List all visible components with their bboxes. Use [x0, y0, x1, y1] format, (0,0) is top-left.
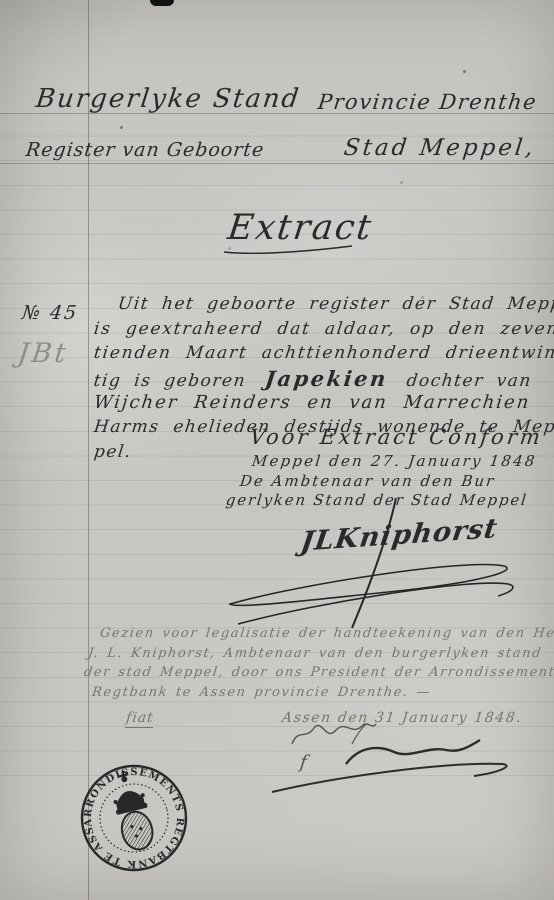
- court-stamp: ARRONDISSEMENTS REGTBANK TE ASSEN ✦: [74, 756, 194, 880]
- body-line-2: is geextraheerd dat aldaar, op den zeven: [93, 319, 554, 339]
- official-signature: JLKniphorst: [299, 513, 500, 557]
- document-scan: Burgerlyke Stand Provincie Drenthe Regis…: [0, 0, 554, 900]
- closing-line-4: gerlyken Stand der Stad Meppel: [225, 491, 529, 509]
- body-line-4: tig is geboren Japekien dochter van: [92, 366, 533, 391]
- stamp-inner-ring: [93, 777, 175, 859]
- clerk-signature: [292, 724, 376, 744]
- body-line-7: pel.: [93, 442, 133, 462]
- body-line-5: Wijcher Reinders en van Marrechien: [93, 392, 532, 413]
- legalization-date: Assen den 31 January 1848.: [281, 710, 523, 726]
- header-left-line1: Burgerlyke Stand: [34, 84, 302, 114]
- crown-icon: [107, 768, 148, 816]
- header-right-line1: Provincie Drenthe: [317, 90, 539, 114]
- margin-rule: [88, 0, 89, 900]
- closing-line-1: Voor Extract Conform: [249, 425, 545, 449]
- body-line-1: Uit het geboorte register der Stad Meppe…: [117, 294, 554, 314]
- header-right-line2: Stad Meppel,: [342, 135, 537, 161]
- closing-line-3: De Ambtenaar van den Bur: [239, 472, 497, 490]
- stamp-group: ARRONDISSEMENTS REGTBANK TE ASSEN ✦: [74, 756, 194, 880]
- legalization-line-1: Gezien voor legalisatie der handteekenin…: [99, 626, 554, 641]
- body-line-4-post: dochter van: [405, 371, 533, 391]
- child-name: Japekien: [258, 366, 396, 391]
- margin-annotation: JBt: [16, 338, 70, 369]
- legalization-line-2: J. L. Kniphorst, Ambtenaar van den burge…: [87, 646, 543, 661]
- scan-edge-mark: [150, 0, 174, 6]
- paraph-mark: f: [299, 752, 308, 773]
- act-number: № 45: [21, 302, 80, 324]
- signature-descender: [352, 498, 396, 628]
- stamp-ring-text: ARRONDISSEMENTS REGTBANK TE ASSEN ✦: [74, 756, 194, 880]
- signature-flourish: [230, 565, 507, 606]
- paper-speck: [400, 181, 403, 184]
- paper-speck: [120, 126, 123, 129]
- shield-icon: [118, 809, 156, 853]
- header-rule-2: [0, 163, 554, 164]
- header-left-line2: Register van Geboorte: [25, 139, 266, 161]
- president-signature-underline: [272, 764, 507, 792]
- stamp-outer-ring: [74, 756, 194, 880]
- document-title: Extract: [226, 208, 376, 248]
- signature-flourish: [238, 583, 513, 624]
- closing-line-2: Meppel den 27. January 1848: [251, 452, 538, 470]
- fiat-note: fiat: [125, 710, 155, 728]
- paper-speck: [463, 70, 466, 73]
- body-line-3: tienden Maart achttienhonderd drieentwin: [93, 343, 554, 363]
- body-line-4-pre: tig is geboren: [92, 371, 247, 391]
- clerk-signature-stroke: [352, 724, 366, 744]
- legalization-line-3: der stad Meppel, door ons President der …: [83, 665, 554, 680]
- legalization-line-4: Regtbank te Assen provincie Drenthe. —: [91, 685, 432, 700]
- president-signature: [346, 740, 480, 764]
